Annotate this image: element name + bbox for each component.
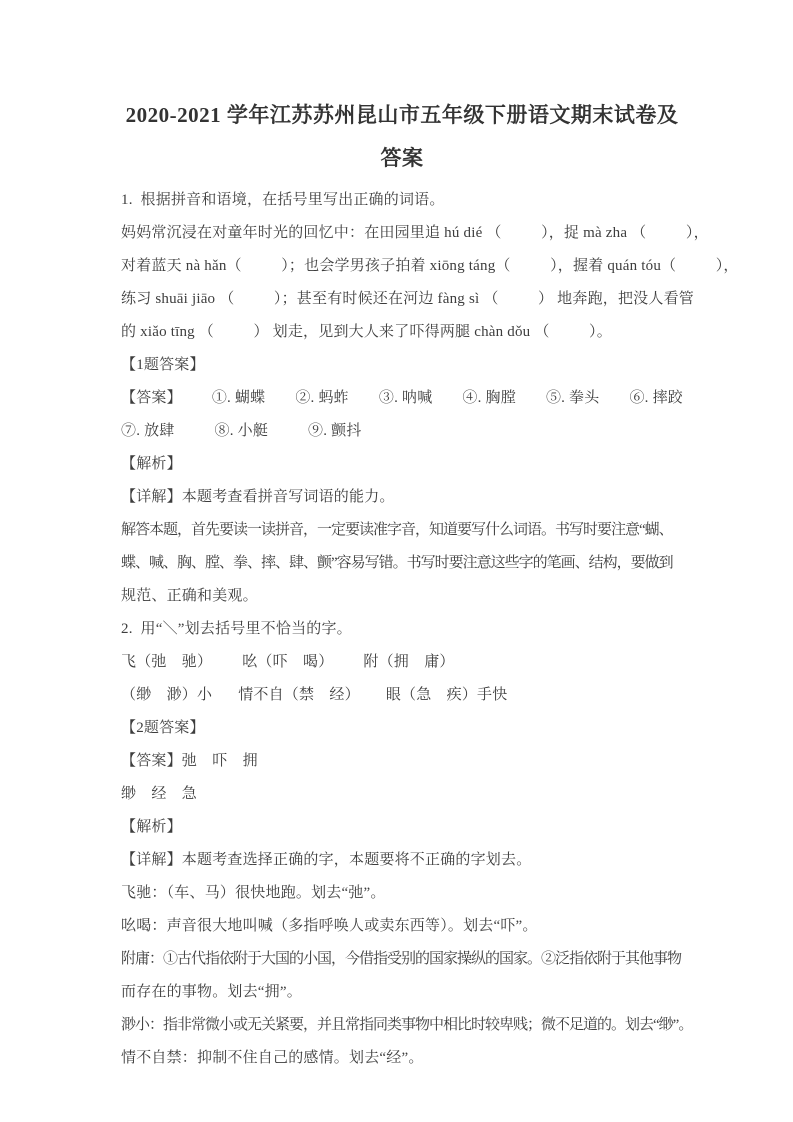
answer-item: ③. 呐喊 — [379, 382, 433, 415]
q1-answer-row-2: ⑦. 放肆 ⑧. 小艇 ⑨. 颤抖 — [121, 415, 683, 448]
option-group: 飞（弛 驰） — [121, 646, 212, 679]
answer-item: ④. 胸膛 — [462, 382, 516, 415]
q1-answer-row-1: 【答案】 ①. 蝴蝶 ②. 蚂蚱 ③. 呐喊 ④. 胸膛 ⑤. 拳头 ⑥. 摔跤 — [121, 382, 683, 415]
answer-item: ⑥. 摔跤 — [629, 382, 683, 415]
q2-detail-line-7: 情不自禁：抑制不住自己的感情。划去“经”。 — [121, 1042, 683, 1075]
q1-passage-line-4: 的 xiǎo tīng （ ） 划走，见到大人来了吓得两腿 chàn dǒu （… — [121, 316, 683, 349]
q1-detail-line-3: 蝶、喊、胸、膛、拳、摔、肆、颤”容易写错。书写时要注意这些字的笔画、结构，要做到 — [121, 547, 683, 580]
q1-prompt: 1. 根据拼音和语境，在括号里写出正确的词语。 — [121, 184, 683, 217]
option-group: 吆（吓 喝） — [242, 646, 333, 679]
answer-item: ②. 蚂蚱 — [295, 382, 349, 415]
q1-passage-line-3: 练习 shuāi jiāo （ ）；甚至有时候还在河边 fàng sì （ ） … — [121, 283, 683, 316]
q1-analysis-header: 【解析】 — [121, 448, 683, 481]
q2-detail-line-1: 【详解】本题考查选择正确的字，本题要将不正确的字划去。 — [121, 844, 683, 877]
q2-answer-line-2: 缈 经 急 — [121, 778, 683, 811]
document-page: 2020-2021 学年江苏苏州昆山市五年级下册语文期末试卷及 答案 1. 根据… — [0, 0, 793, 1122]
answer-item: ⑦. 放肆 — [121, 415, 175, 448]
document-content: 2020-2021 学年江苏苏州昆山市五年级下册语文期末试卷及 答案 1. 根据… — [0, 0, 793, 1075]
q1-detail-line-1: 【详解】本题考查看拼音写词语的能力。 — [121, 481, 683, 514]
answer-item: ⑨. 颤抖 — [308, 415, 362, 448]
q2-detail-line-2: 飞驰：（车、马）很快地跑。划去“弛”。 — [121, 877, 683, 910]
title-line-1: 2020-2021 学年江苏苏州昆山市五年级下册语文期末试卷及 — [121, 94, 683, 137]
title-line-2: 答案 — [121, 137, 683, 180]
q2-detail-line-4: 附庸：①古代指依附于大国的小国，今借指受别的国家操纵的国家。②泛指依附于其他事物 — [121, 943, 683, 976]
option-group: 眼（急 疾）手快 — [386, 679, 508, 712]
q2-option-row-2: （缈 渺）小 情不自（禁 经） 眼（急 疾）手快 — [121, 679, 683, 712]
answer-item: ⑧. 小艇 — [215, 415, 269, 448]
q2-answer-header: 【2题答案】 — [121, 712, 683, 745]
answer-item: ①. 蝴蝶 — [212, 382, 266, 415]
q1-detail-line-4: 规范、正确和美观。 — [121, 580, 683, 613]
q2-prompt: 2. 用“＼”划去括号里不恰当的字。 — [121, 613, 683, 646]
q2-answer-line-1: 【答案】弛 吓 拥 — [121, 745, 683, 778]
answer-item: ⑤. 拳头 — [546, 382, 600, 415]
q1-passage-line-2: 对着蓝天 nà hǎn（ ）；也会学男孩子拍着 xiōng táng（ ），握着… — [121, 250, 683, 283]
document-title: 2020-2021 学年江苏苏州昆山市五年级下册语文期末试卷及 答案 — [121, 94, 683, 180]
option-group: 附（拥 庸） — [363, 646, 454, 679]
q1-detail-line-2: 解答本题，首先要读一读拼音，一定要读准字音，知道要写什么词语。书写时要注意“蝴、 — [121, 514, 683, 547]
answer-label: 【答案】 — [121, 382, 182, 415]
q1-answer-header: 【1题答案】 — [121, 349, 683, 382]
q2-detail-line-6: 渺小：指非常微小或无关紧要，并且常指同类事物中相比时较卑贱；微不足道的。划去“缈… — [121, 1009, 683, 1042]
q2-detail-line-3: 吆喝：声音很大地叫喊（多指呼唤人或卖东西等）。划去“吓”。 — [121, 910, 683, 943]
option-group: （缈 渺）小 — [121, 679, 212, 712]
q2-option-row-1: 飞（弛 驰） 吆（吓 喝） 附（拥 庸） — [121, 646, 683, 679]
q2-analysis-header: 【解析】 — [121, 811, 683, 844]
option-group: 情不自（禁 经） — [238, 679, 360, 712]
q2-detail-line-5: 而存在的事物。划去“拥”。 — [121, 976, 683, 1009]
q1-passage-line-1: 妈妈常沉浸在对童年时光的回忆中：在田园里追 hú dié （ ），捉 mà zh… — [121, 217, 683, 250]
